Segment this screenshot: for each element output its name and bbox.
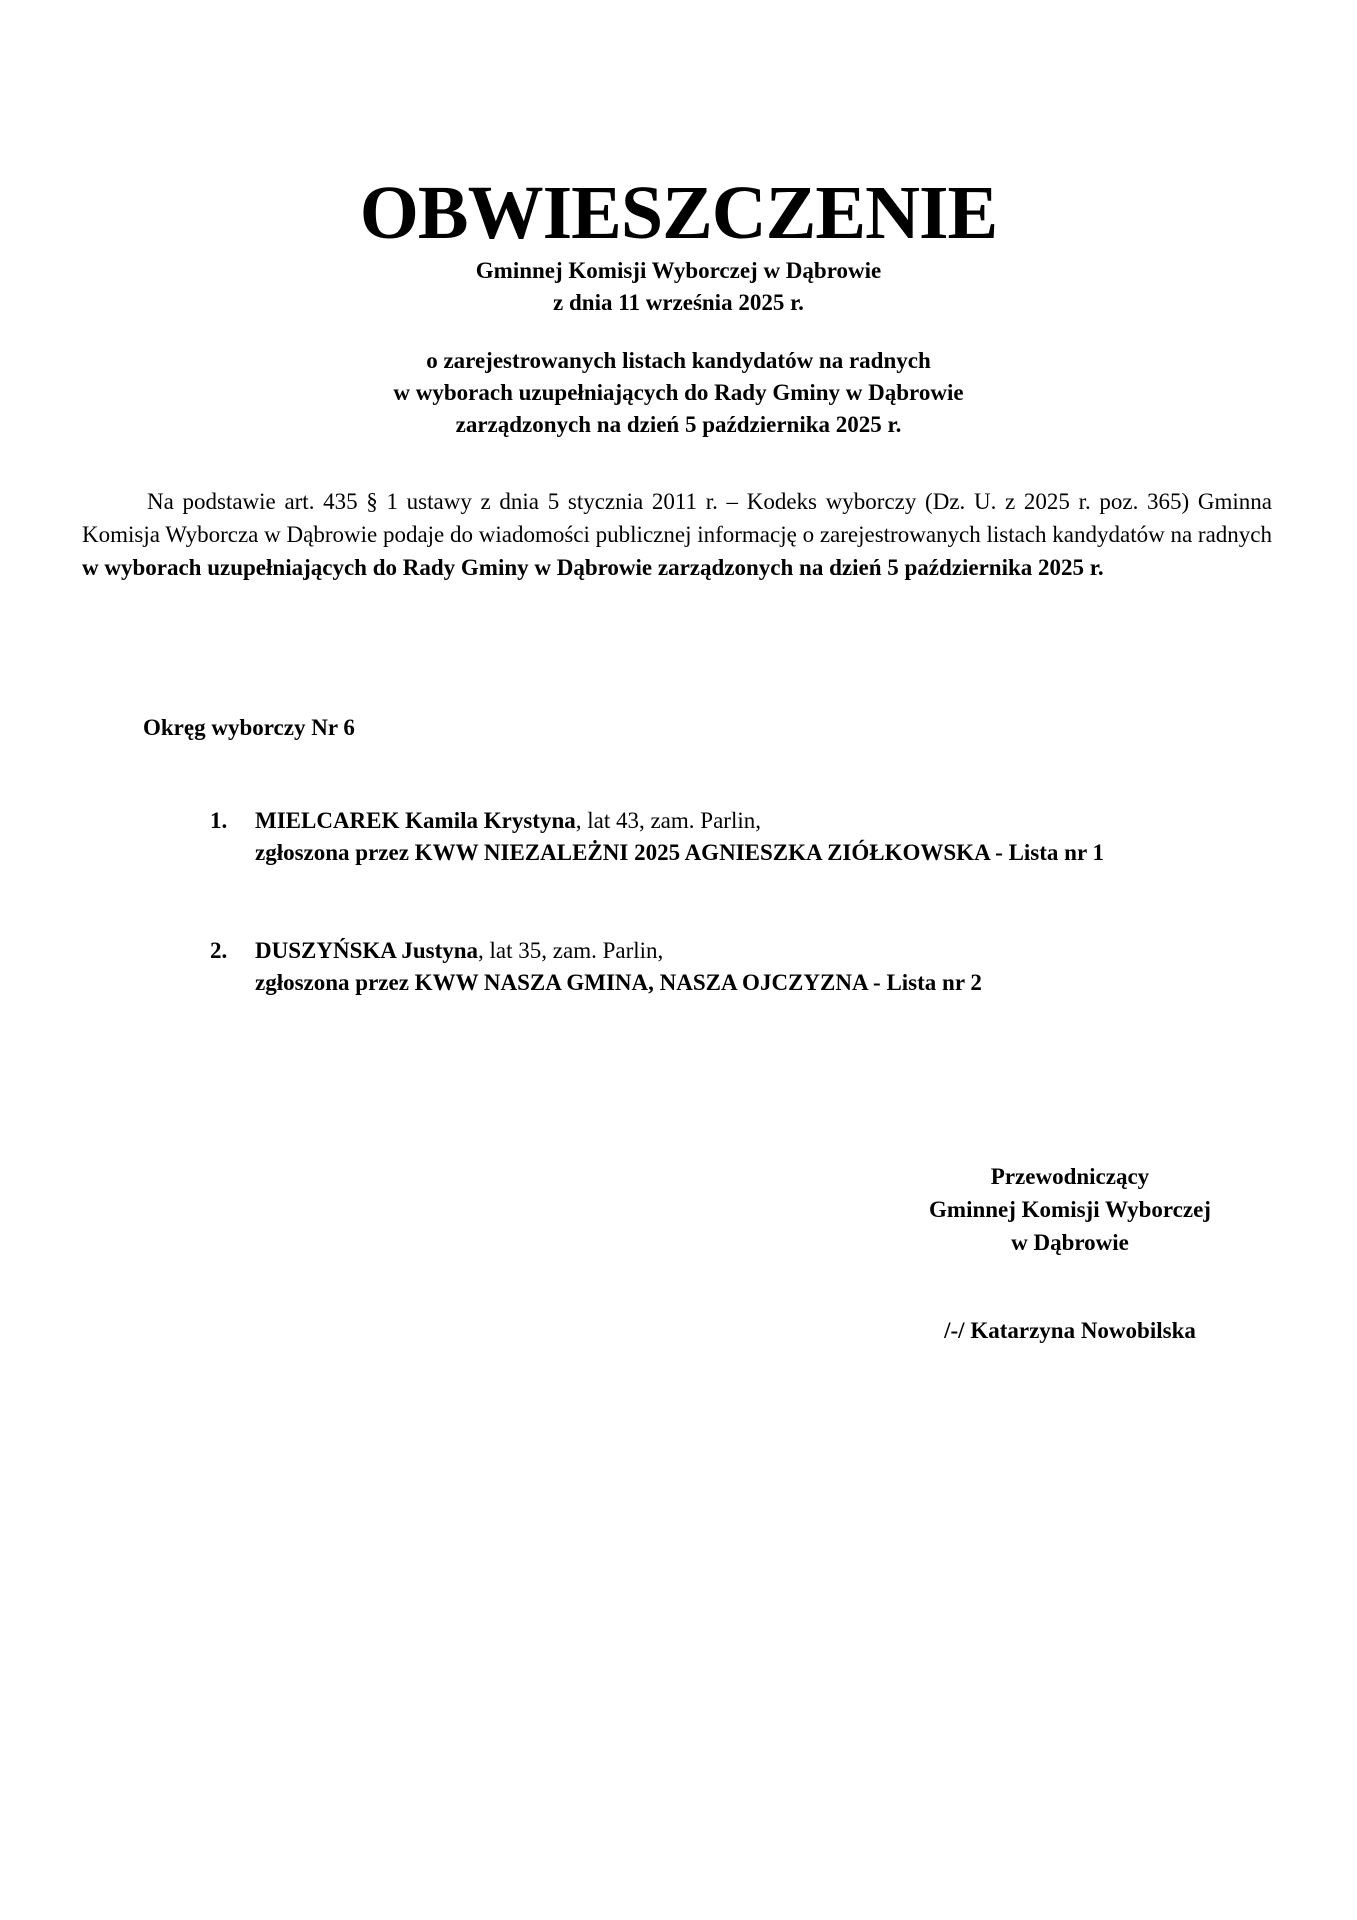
candidate-submitted-by: zgłoszona przez KWW NASZA GMINA, NASZA O… — [255, 967, 982, 999]
candidate-details: , lat 43, zam. Parlin, — [576, 808, 761, 833]
subject-block: o zarejestrowanych listach kandydatów na… — [0, 345, 1357, 441]
paragraph-bold-text: w wyborach uzupełniających do Rady Gminy… — [82, 555, 1104, 580]
signature-role: Przewodniczący — [880, 1160, 1260, 1193]
district-heading: Okręg wyborczy Nr 6 — [143, 712, 355, 744]
legal-basis-paragraph: Na podstawie art. 435 § 1 ustawy z dnia … — [82, 485, 1272, 584]
signatory-name: /-/ Katarzyna Nowobilska — [880, 1314, 1260, 1347]
subject-line-2: w wyborach uzupełniających do Rady Gminy… — [0, 377, 1357, 409]
signature-block: Przewodniczący Gminnej Komisji Wyborczej… — [880, 1160, 1260, 1259]
candidate-submitted-by: zgłoszona przez KWW NIEZALEŻNI 2025 AGNI… — [255, 837, 1104, 869]
candidate-name: DUSZYŃSKA Justyna — [255, 938, 478, 963]
issue-date: z dnia 11 września 2025 r. — [0, 287, 1357, 319]
subject-line-3: zarządzonych na dzień 5 października 202… — [0, 409, 1357, 441]
issuer-block: Gminnej Komisji Wyborczej w Dąbrowie z d… — [0, 255, 1357, 319]
document-title: OBWIESZCZENIE — [0, 168, 1357, 258]
signature-place: w Dąbrowie — [880, 1226, 1260, 1259]
subject-line-1: o zarejestrowanych listach kandydatów na… — [0, 345, 1357, 377]
issuer: Gminnej Komisji Wyborczej w Dąbrowie — [0, 255, 1357, 287]
signature-body: Gminnej Komisji Wyborczej — [880, 1193, 1260, 1226]
candidate-details: , lat 35, zam. Parlin, — [478, 938, 663, 963]
candidate-name: MIELCAREK Kamila Krystyna — [255, 808, 576, 833]
candidate-number: 2. — [210, 935, 250, 967]
candidate-number: 1. — [210, 805, 250, 837]
paragraph-text: Na podstawie art. 435 § 1 ustawy z dnia … — [82, 489, 1272, 547]
